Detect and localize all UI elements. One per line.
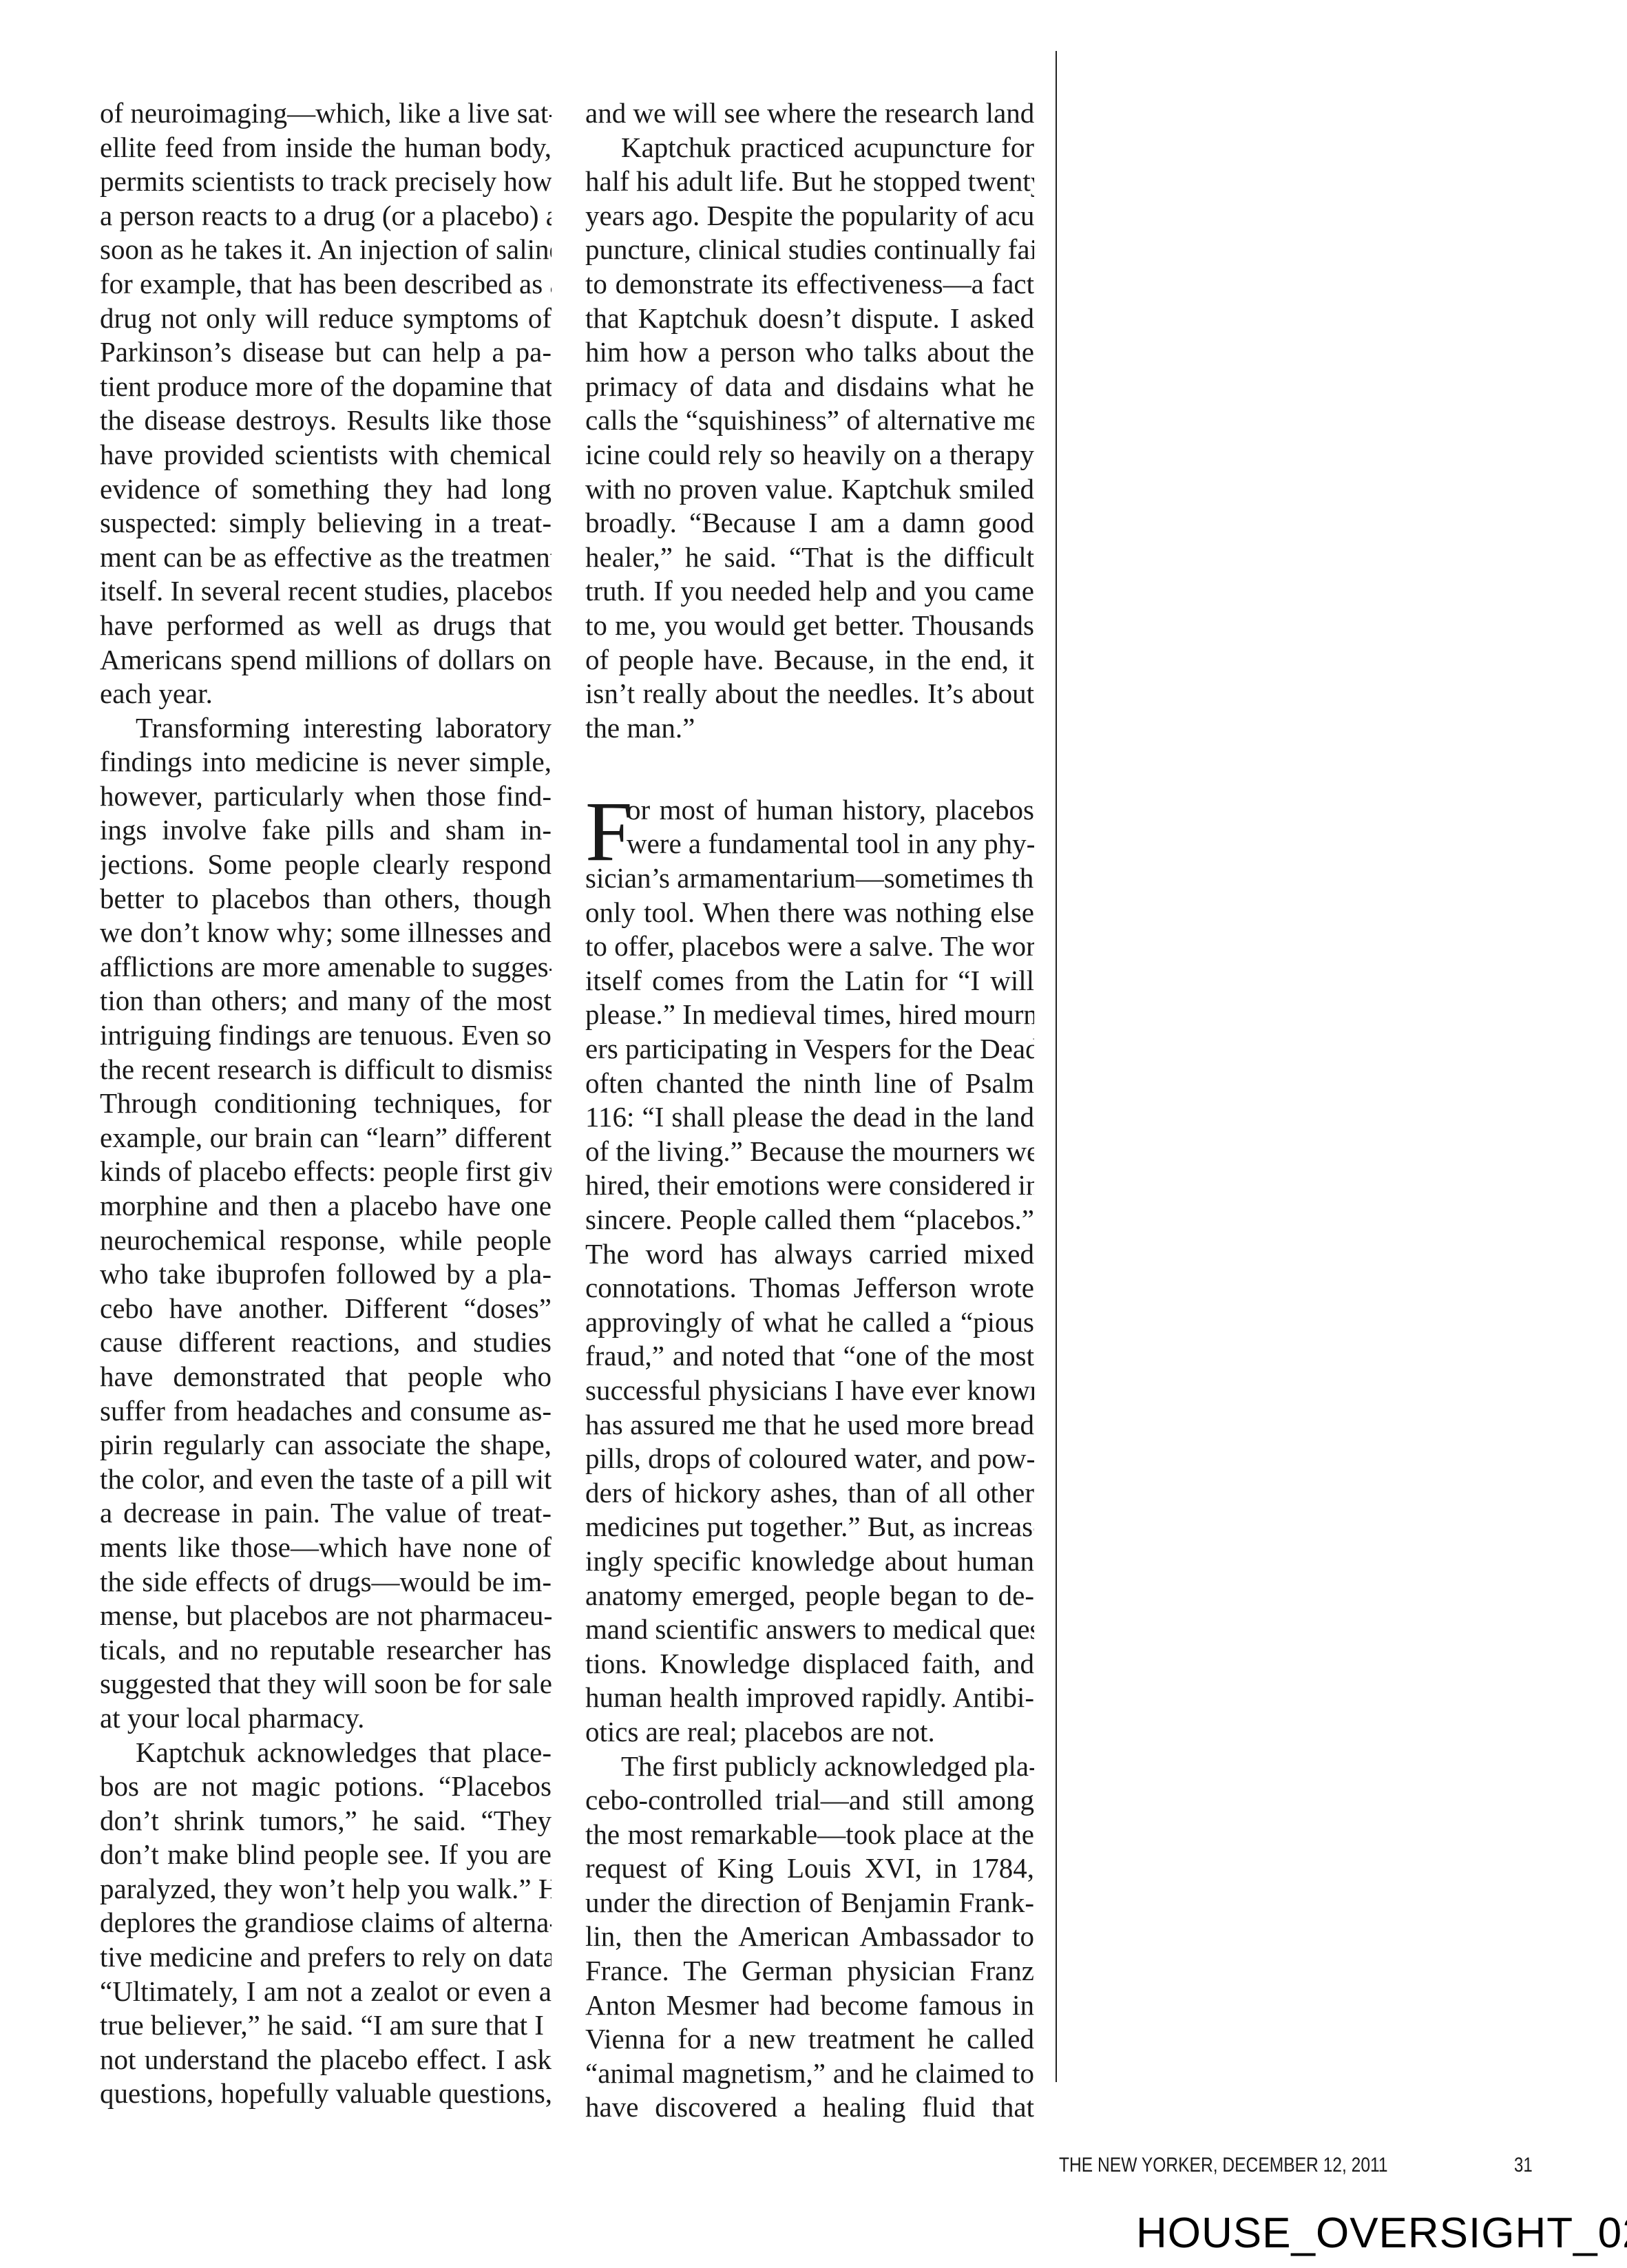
text-line: bos are not magic potions. “Placebos — [100, 1770, 552, 1804]
text-line: Anton Mesmer had become famous in — [585, 1988, 1034, 2023]
text-line: Through conditioning techniques, for — [100, 1086, 552, 1121]
text-line: afflictions are more amenable to sugges- — [100, 950, 552, 985]
text-line: ers participating in Vespers for the Dea… — [585, 1032, 1034, 1067]
text-line: tient produce more of the dopamine that — [100, 370, 552, 404]
text-line: ments like those—which have none of — [100, 1531, 552, 1565]
text-line: or most of human history, placebos — [585, 793, 1034, 828]
section-break — [585, 745, 1034, 779]
text-line: otics are real; placebos are not. — [585, 1715, 1034, 1750]
text-line: isn’t really about the needles. It’s abo… — [585, 677, 1034, 711]
text-line: the disease destroys. Results like those — [100, 403, 552, 438]
text-line: half his adult life. But he stopped twen… — [585, 165, 1034, 199]
text-line: kinds of placebo effects: people first g… — [100, 1155, 552, 1189]
text-line: approvingly of what he called a “pious — [585, 1305, 1034, 1340]
text-line: ders of hickory ashes, than of all other — [585, 1476, 1034, 1511]
section-break-spacer — [585, 779, 1034, 793]
text-line: we don’t know why; some illnesses and — [100, 916, 552, 950]
text-line: the color, and even the taste of a pill … — [100, 1462, 552, 1497]
text-line: suggested that they will soon be for sal… — [100, 1667, 552, 1701]
drop-cap: F — [585, 797, 633, 866]
text-line: a decrease in pain. The value of treat- — [100, 1496, 552, 1531]
text-line: truth. If you needed help and you came — [585, 574, 1034, 609]
text-line: ingly specific knowledge about human — [585, 1544, 1034, 1579]
text-line: medicines put together.” But, as increas… — [585, 1510, 1034, 1544]
column-2-section-2: sician’s armamentarium—sometimes theonly… — [585, 861, 1034, 2125]
text-line: “animal magnetism,” and he claimed to — [585, 2057, 1034, 2091]
text-line: primacy of data and disdains what he — [585, 370, 1034, 404]
text-line: a person reacts to a drug (or a placebo)… — [100, 199, 552, 233]
column-rule — [1056, 51, 1057, 2082]
text-line: tion than others; and many of the most — [100, 984, 552, 1018]
magazine-page: of neuroimaging—which, like a live sat-e… — [0, 0, 1627, 2268]
text-line: drug not only will reduce symptoms of — [100, 302, 552, 336]
text-line: tive medicine and prefers to rely on dat… — [100, 1940, 552, 1975]
text-line: 116: “I shall please the dead in the lan… — [585, 1100, 1034, 1135]
text-line: icine could rely so heavily on a therapy — [585, 438, 1034, 472]
text-line: request of King Louis XVI, in 1784, — [585, 1851, 1034, 1886]
text-line: the side effects of drugs—would be im- — [100, 1565, 552, 1599]
text-line: have discovered a healing fluid that — [585, 2090, 1034, 2125]
text-line: ellite feed from inside the human body, — [100, 131, 552, 165]
bates-stamp: HOUSE_OVERSIGHT_029926 — [1136, 2209, 1627, 2258]
text-line: don’t make blind people see. If you are — [100, 1838, 552, 1872]
text-line: suffer from headaches and consume as- — [100, 1394, 552, 1429]
text-line: Americans spend millions of dollars on — [100, 643, 552, 678]
text-line: connotations. Thomas Jefferson wrote — [585, 1271, 1034, 1305]
text-line: have demonstrated that people who — [100, 1360, 552, 1394]
text-line: please.” In medieval times, hired mourn- — [585, 998, 1034, 1032]
text-line: broadly. “Because I am a damn good — [585, 506, 1034, 540]
article-column-1: of neuroimaging—which, like a live sat-e… — [100, 96, 552, 2111]
text-line: have performed as well as drugs that — [100, 609, 552, 643]
text-line: were a fundamental tool in any phy- — [585, 827, 1034, 861]
text-line: cebo-controlled trial—and still among — [585, 1783, 1034, 1818]
text-line: not understand the placebo effect. I ask — [100, 2043, 552, 2077]
text-line: true believer,” he said. “I am sure that… — [100, 2008, 552, 2043]
text-line: ings involve fake pills and sham in- — [100, 813, 552, 848]
text-line: itself comes from the Latin for “I will — [585, 964, 1034, 998]
text-line: Vienna for a new treatment he called — [585, 2022, 1034, 2057]
text-line: the recent research is difficult to dism… — [100, 1053, 552, 1087]
text-line: and we will see where the research lands… — [585, 96, 1034, 131]
text-line: at your local pharmacy. — [100, 1701, 552, 1736]
text-line: human health improved rapidly. Antibi- — [585, 1681, 1034, 1715]
text-line: Parkinson’s disease but can help a pa- — [100, 335, 552, 370]
text-line: only tool. When there was nothing else — [585, 896, 1034, 930]
drop-cap-lines: or most of human history, placeboswere a… — [585, 793, 1034, 861]
text-line: tions. Knowledge displaced faith, and — [585, 1647, 1034, 1681]
text-line: of neuroimaging—which, like a live sat- — [100, 96, 552, 131]
text-line: often chanted the ninth line of Psalm — [585, 1067, 1034, 1101]
column-2-section-1: and we will see where the research lands… — [585, 96, 1034, 745]
text-line: France. The German physician Franz — [585, 1954, 1034, 1988]
publication-footer: THE NEW YORKER, DECEMBER 12, 2011 — [1059, 2154, 1388, 2177]
text-line: evidence of something they had long — [100, 472, 552, 507]
text-line: ment can be as effective as the treatmen… — [100, 540, 552, 575]
text-line: healer,” he said. “That is the difficult — [585, 540, 1034, 575]
text-line: lin, then the American Ambassador to — [585, 1920, 1034, 1954]
text-line: hired, their emotions were considered in… — [585, 1168, 1034, 1203]
text-line: jections. Some people clearly respond — [100, 848, 552, 882]
text-line: that Kaptchuk doesn’t dispute. I asked — [585, 302, 1034, 336]
text-line: better to placebos than others, though — [100, 882, 552, 916]
text-line: of the living.” Because the mourners wer… — [585, 1135, 1034, 1169]
text-line: paralyzed, they won’t help you walk.” He — [100, 1872, 552, 1907]
text-line: fraud,” and noted that “one of the most — [585, 1339, 1034, 1374]
text-line: suspected: simply believing in a treat- — [100, 506, 552, 540]
text-line: The word has always carried mixed — [585, 1237, 1034, 1272]
text-line: itself. In several recent studies, place… — [100, 574, 552, 609]
text-line: who take ibuprofen followed by a pla- — [100, 1257, 552, 1292]
text-line: have provided scientists with chemical — [100, 438, 552, 472]
text-line: Kaptchuk practiced acupuncture for — [585, 131, 1034, 165]
text-line: permits scientists to track precisely ho… — [100, 165, 552, 199]
text-line: for example, that has been described as … — [100, 267, 552, 302]
text-line: intriguing findings are tenuous. Even so… — [100, 1018, 552, 1053]
text-line: soon as he takes it. An injection of sal… — [100, 233, 552, 267]
text-line: cause different reactions, and studies — [100, 1325, 552, 1360]
text-line: mand scientific answers to medical ques- — [585, 1613, 1034, 1647]
text-line: pirin regularly can associate the shape, — [100, 1428, 552, 1462]
text-line: to demonstrate its effectiveness—a fact — [585, 267, 1034, 302]
text-line: Kaptchuk acknowledges that place- — [100, 1736, 552, 1770]
text-line: anatomy emerged, people began to de- — [585, 1579, 1034, 1613]
text-line: puncture, clinical studies continually f… — [585, 233, 1034, 267]
text-line: sincere. People called them “placebos.” — [585, 1203, 1034, 1237]
text-line: him how a person who talks about the — [585, 335, 1034, 370]
text-line: deplores the grandiose claims of alterna… — [100, 1906, 552, 1940]
text-line: Transforming interesting laboratory — [100, 711, 552, 746]
text-line: neurochemical response, while people — [100, 1224, 552, 1258]
article-column-2: and we will see where the research lands… — [585, 96, 1034, 2125]
text-line: calls the “squishiness” of alternative m… — [585, 403, 1034, 438]
text-line: “Ultimately, I am not a zealot or even a — [100, 1975, 552, 2009]
text-line: example, our brain can “learn” different — [100, 1121, 552, 1155]
text-line: The first publicly acknowledged pla- — [585, 1750, 1034, 1784]
text-line: however, particularly when those find- — [100, 779, 552, 814]
text-line: pills, drops of coloured water, and pow- — [585, 1442, 1034, 1476]
text-line: to offer, placebos were a salve. The wor… — [585, 930, 1034, 964]
text-line: successful physicians I have ever known — [585, 1374, 1034, 1408]
text-line: ticals, and no reputable researcher has — [100, 1633, 552, 1668]
text-line: findings into medicine is never simple, — [100, 745, 552, 779]
text-line: with no proven value. Kaptchuk smiled — [585, 472, 1034, 507]
text-line: of people have. Because, in the end, it — [585, 643, 1034, 678]
text-line: each year. — [100, 677, 552, 711]
text-line: don’t shrink tumors,” he said. “They — [100, 1804, 552, 1838]
page-number: 31 — [1514, 2154, 1533, 2177]
text-line: years ago. Despite the popularity of acu… — [585, 199, 1034, 233]
section-opening: F or most of human history, placeboswere… — [585, 793, 1034, 861]
text-line: to me, you would get better. Thousands — [585, 609, 1034, 643]
text-line: has assured me that he used more bread — [585, 1408, 1034, 1442]
text-line: sician’s armamentarium—sometimes the — [585, 861, 1034, 896]
text-line: the most remarkable—took place at the — [585, 1818, 1034, 1852]
text-line: morphine and then a placebo have one — [100, 1189, 552, 1224]
text-line: cebo have another. Different “doses” — [100, 1292, 552, 1326]
text-line: mense, but placebos are not pharmaceu- — [100, 1599, 552, 1633]
text-line: questions, hopefully valuable questions, — [100, 2077, 552, 2111]
text-line: the man.” — [585, 711, 1034, 746]
text-line: under the direction of Benjamin Frank- — [585, 1886, 1034, 1920]
